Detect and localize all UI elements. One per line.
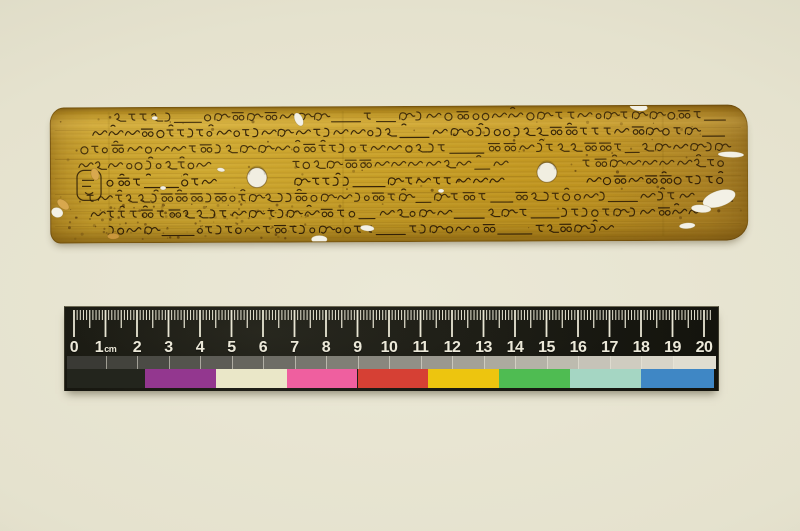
ruler-number-19: 19 xyxy=(664,339,681,356)
photo-vignette xyxy=(0,0,800,531)
ruler-number-17: 17 xyxy=(601,339,618,356)
gray-segment xyxy=(515,356,548,369)
gray-segment xyxy=(673,356,706,369)
leaf-fiber-line xyxy=(55,128,741,131)
gray-segment xyxy=(232,356,265,369)
gray-segment xyxy=(106,356,139,369)
wax-blob xyxy=(311,235,327,242)
ruler-number-12: 12 xyxy=(444,339,461,356)
ruler-number-6: 6 xyxy=(259,339,267,356)
ruler-number-7: 7 xyxy=(290,339,298,356)
gray-segment xyxy=(263,356,296,369)
gray-segment xyxy=(421,356,454,369)
wax-blob xyxy=(160,186,166,190)
manuscript-text-lines xyxy=(79,107,733,236)
color-patch-pink xyxy=(287,369,358,388)
ruler-number-8: 8 xyxy=(322,339,330,356)
grayscale-strip xyxy=(67,356,714,369)
wax-blob xyxy=(629,105,648,112)
gray-segment-lead xyxy=(67,356,74,369)
wax-blob xyxy=(152,116,158,120)
mm-ticks xyxy=(77,310,710,320)
gray-segment xyxy=(484,356,517,369)
wax-blob xyxy=(718,151,744,158)
ruler-number-15: 15 xyxy=(538,339,555,356)
wax-blob xyxy=(438,189,444,193)
color-patch-yellow xyxy=(428,369,499,388)
manuscript-text-line xyxy=(87,188,733,204)
ruler-ticks xyxy=(65,307,718,341)
ruler-number-3: 3 xyxy=(164,339,172,356)
gray-segment xyxy=(200,356,233,369)
wax-blobs xyxy=(51,105,745,242)
gray-segment xyxy=(358,356,391,369)
scale-ruler: 01cm234567891011121314151617181920 xyxy=(64,306,719,391)
color-patch-purple xyxy=(145,369,216,388)
ruler-number-20: 20 xyxy=(696,339,713,356)
photograph: 01cm234567891011121314151617181920 xyxy=(0,0,800,531)
tamil-script-text xyxy=(51,105,748,242)
manuscript-text-line xyxy=(107,172,723,188)
gray-segment xyxy=(74,356,106,369)
ruler-number-5: 5 xyxy=(227,339,235,356)
ruler-number-16: 16 xyxy=(570,339,587,356)
cm-ticks xyxy=(74,310,704,337)
ruler-number-18: 18 xyxy=(633,339,650,356)
gray-segment xyxy=(326,356,359,369)
wax-blob xyxy=(107,233,119,239)
color-patch-pale-cyan xyxy=(570,369,641,388)
color-patch-red xyxy=(358,369,429,388)
wax-blob xyxy=(679,222,695,229)
color-patch-green xyxy=(499,369,570,388)
wax-blob xyxy=(217,167,226,172)
gray-segment xyxy=(610,356,643,369)
gray-segment xyxy=(578,356,611,369)
leaf-fiber-line xyxy=(55,192,741,195)
manuscript-text-line xyxy=(93,123,725,139)
leaf-fiber-line xyxy=(55,224,741,227)
ruler-number-0: 0 xyxy=(70,339,78,356)
ruler-number-14: 14 xyxy=(507,339,524,356)
gray-segment xyxy=(389,356,422,369)
palm-leaf-manuscript xyxy=(50,104,749,243)
ruler-number-10: 10 xyxy=(381,339,398,356)
gray-segment xyxy=(641,356,674,369)
gray-segment xyxy=(169,356,202,369)
leaf-crease xyxy=(343,111,344,237)
unit-label: cm xyxy=(104,344,116,354)
wax-blob xyxy=(90,167,101,181)
color-patch-cream xyxy=(216,369,287,388)
color-calibration-strip xyxy=(65,369,718,388)
ruler-number-4: 4 xyxy=(196,339,204,356)
gray-segment xyxy=(452,356,485,369)
gray-segment xyxy=(295,356,328,369)
ruler-number-2: 2 xyxy=(133,339,141,356)
manuscript-text-line xyxy=(91,204,703,220)
ruler-number-9: 9 xyxy=(353,339,361,356)
gray-segment-tail xyxy=(704,356,716,369)
ruler-number-13: 13 xyxy=(475,339,492,356)
gray-segment xyxy=(547,356,580,369)
ruler-number-11: 11 xyxy=(413,339,429,356)
manuscript-text-line xyxy=(81,139,731,155)
color-patch-blue xyxy=(641,369,714,388)
gray-segment xyxy=(137,356,170,369)
color-patch-black xyxy=(67,369,145,388)
leaf-fiber-line xyxy=(55,157,741,160)
